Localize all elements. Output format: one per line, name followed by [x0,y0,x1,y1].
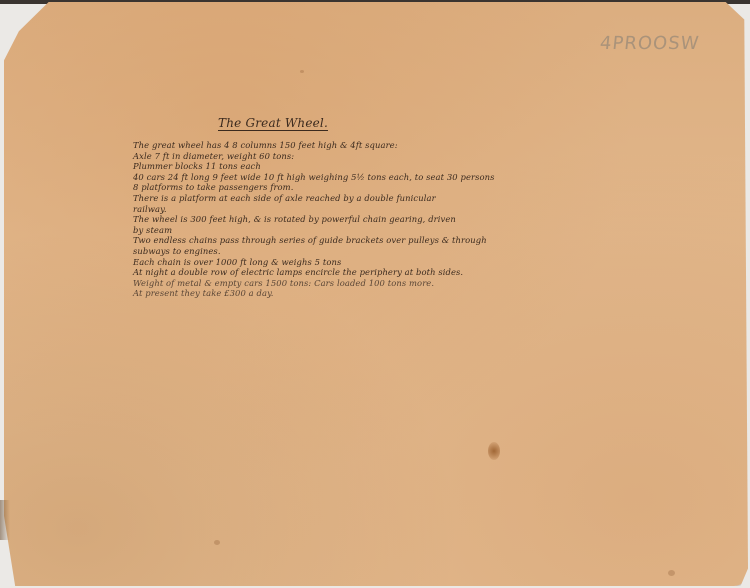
note-line: 8 platforms to take passengers from. [133,182,573,193]
photo-frame: 4PROOSW The Great Wheel. The great wheel… [0,0,750,588]
paper-speck [668,570,675,576]
handwritten-note: The Great Wheel. The great wheel has 4 8… [133,112,573,299]
note-line: railway. [133,204,573,215]
note-line: 40 cars 24 ft long 9 feet wide 10 ft hig… [133,172,573,183]
paper-speck [300,70,304,73]
note-title: The Great Wheel. [218,116,328,130]
note-line: subways to engines. [133,246,573,257]
note-line: The great wheel has 4 8 columns 150 feet… [133,140,573,151]
note-line: Each chain is over 1000 ft long & weighs… [133,257,573,268]
note-line: Weight of metal & empty cars 1500 tons: … [133,278,573,289]
torn-edge [0,500,10,540]
pencil-catalog-mark: 4PROOSW [599,33,701,54]
note-line: At present they take £300 a day. [133,288,573,299]
note-line: Axle 7 ft in diameter, weight 60 tons: [133,151,573,162]
note-line: There is a platform at each side of axle… [133,193,573,204]
paper-speck [214,540,220,545]
note-line: Plummer blocks 11 tons each [133,161,573,172]
note-line: by steam [133,225,573,236]
note-line: The wheel is 300 feet high, & is rotated… [133,214,573,225]
note-line: At night a double row of electric lamps … [133,267,573,278]
brown-stain [488,442,500,460]
note-line: Two endless chains pass through series o… [133,235,573,246]
